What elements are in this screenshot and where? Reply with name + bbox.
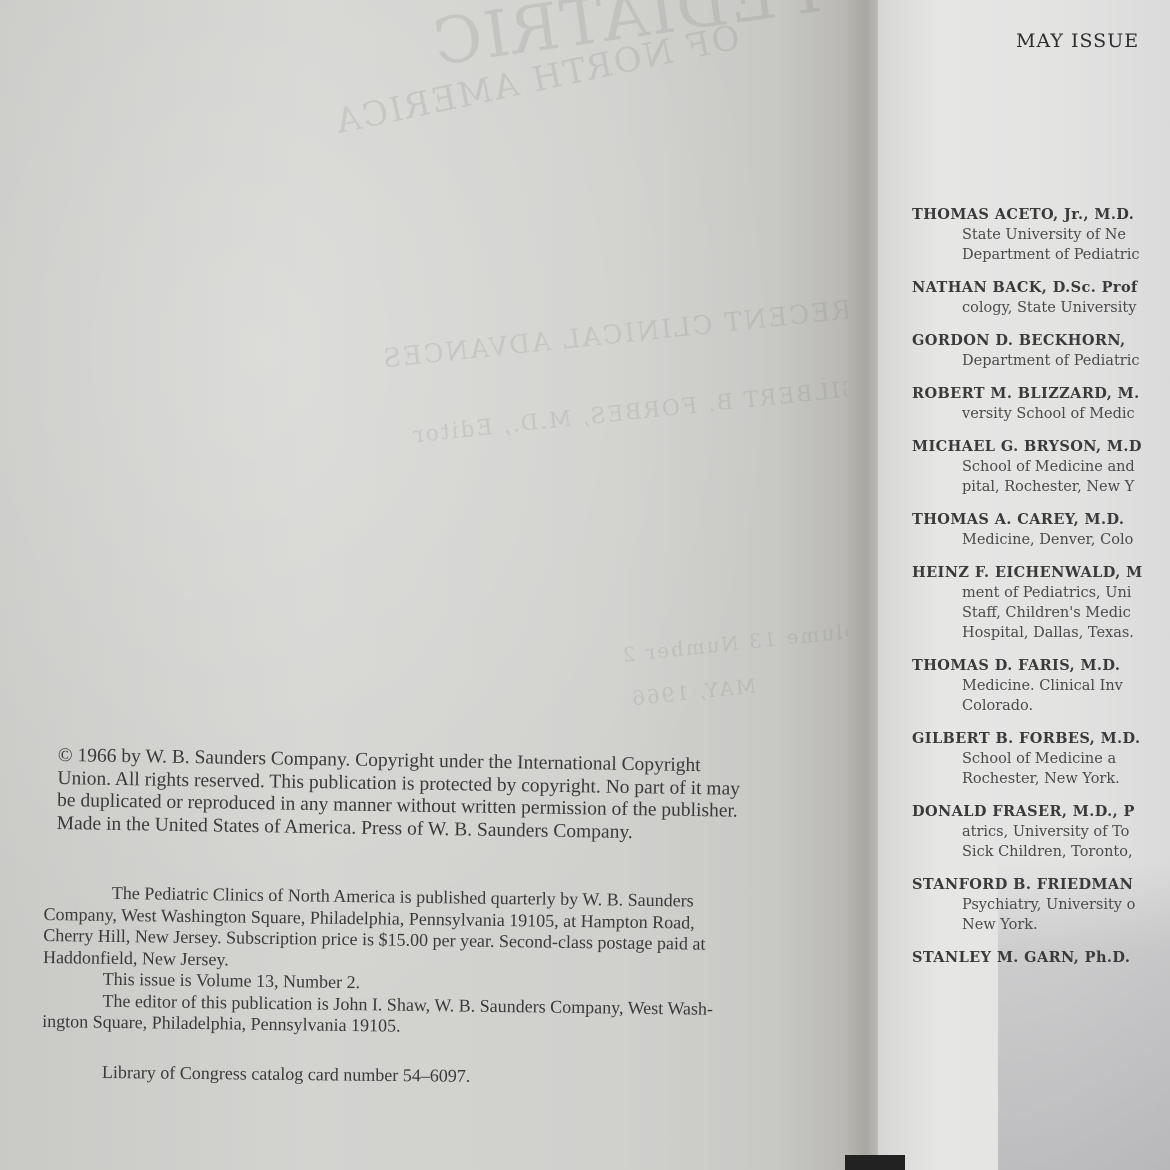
book-cover-edge [845,1155,905,1170]
contributor-affiliation: Medicine, Denver, Colo [912,530,1170,550]
contributor-name: DONALD FRASER, M.D., P [912,802,1170,822]
contributor-affiliation: cology, State University [912,298,1170,318]
contributor-name: STANLEY M. GARN, Ph.D. [912,948,1170,968]
contributor-affiliation: Department of Pediatric [912,245,1170,265]
publishing-info: The Pediatric Clinics of North America i… [42,882,844,1043]
contributor-list: THOMAS ACETO, Jr., M.D.State University … [912,205,1170,981]
contributor-name: MICHAEL G. BRYSON, M.D [912,437,1170,457]
copyright-notice: © 1966 by W. B. Saunders Company. Copyri… [57,745,848,847]
contributor-affiliation: Rochester, New York. [912,769,1170,789]
contributor-entry: MICHAEL G. BRYSON, M.DSchool of Medicine… [912,437,1170,497]
left-page: PEDIATRIC OF NORTH AMERICA RECENT CLINIC… [0,0,880,1170]
contributor-entry: THOMAS D. FARIS, M.D.Medicine. Clinical … [912,656,1170,716]
contributor-name: HEINZ F. EICHENWALD, M [912,563,1170,583]
open-book-photo: PEDIATRIC OF NORTH AMERICA RECENT CLINIC… [0,0,1170,1170]
contributor-affiliation: Staff, Children's Medic [912,603,1170,623]
contributor-affiliation: Colorado. [912,696,1170,716]
contributor-affiliation: atrics, University of To [912,822,1170,842]
contributor-affiliation: Department of Pediatric [912,351,1170,371]
issue-heading: MAY ISSUE [1016,30,1139,52]
contributor-affiliation: Hospital, Dallas, Texas. [912,623,1170,643]
library-of-congress-number: Library of Congress catalog card number … [102,1062,471,1087]
contributor-affiliation: ment of Pediatrics, Uni [912,583,1170,603]
contributor-affiliation: State University of Ne [912,225,1170,245]
contributor-affiliation: New York. [912,915,1170,935]
contributor-entry: STANFORD B. FRIEDMANPsychiatry, Universi… [912,875,1170,935]
contributor-affiliation: pital, Rochester, New Y [912,477,1170,497]
contributor-name: NATHAN BACK, D.Sc. Prof [912,278,1170,298]
contributor-entry: HEINZ F. EICHENWALD, Mment of Pediatrics… [912,563,1170,643]
contributor-affiliation: School of Medicine and [912,457,1170,477]
contributor-affiliation: Medicine. Clinical Inv [912,676,1170,696]
contributor-affiliation: Sick Children, Toronto, [912,842,1170,862]
contributor-entry: GILBERT B. FORBES, M.D.School of Medicin… [912,729,1170,789]
contributor-entry: STANLEY M. GARN, Ph.D. [912,948,1170,968]
contributor-entry: THOMAS ACETO, Jr., M.D.State University … [912,205,1170,265]
contributor-name: GORDON D. BECKHORN, [912,331,1170,351]
contributor-entry: NATHAN BACK, D.Sc. Profcology, State Uni… [912,278,1170,318]
contributor-affiliation: versity School of Medic [912,404,1170,424]
contributor-name: THOMAS D. FARIS, M.D. [912,656,1170,676]
contributor-name: THOMAS ACETO, Jr., M.D. [912,205,1170,225]
contributor-entry: THOMAS A. CAREY, M.D.Medicine, Denver, C… [912,510,1170,550]
contributor-entry: DONALD FRASER, M.D., Patrics, University… [912,802,1170,862]
contributor-entry: GORDON D. BECKHORN,Department of Pediatr… [912,331,1170,371]
contributor-name: STANFORD B. FRIEDMAN [912,875,1170,895]
contributor-entry: ROBERT M. BLIZZARD, M.versity School of … [912,384,1170,424]
contributor-affiliation: Psychiatry, University o [912,895,1170,915]
contributor-name: ROBERT M. BLIZZARD, M. [912,384,1170,404]
contributor-name: THOMAS A. CAREY, M.D. [912,510,1170,530]
contributor-affiliation: School of Medicine a [912,749,1170,769]
contributor-name: GILBERT B. FORBES, M.D. [912,729,1170,749]
